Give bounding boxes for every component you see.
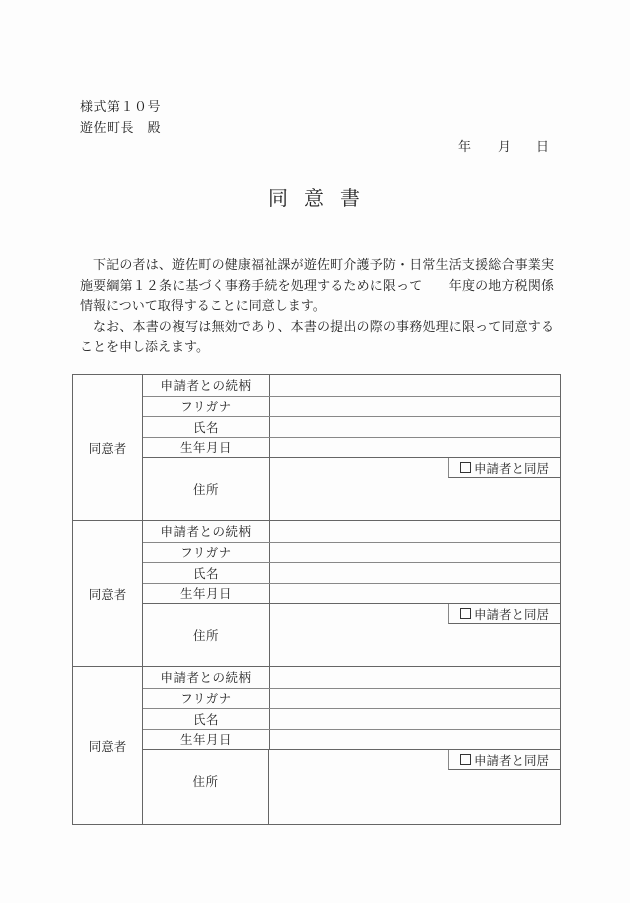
consent-paragraph-2: なお、本書の複写は無効であり、本書の提出の際の事務処理に限って同意することを申し… <box>80 318 554 359</box>
address-label: 住所 <box>143 750 269 824</box>
name-label: 氏名 <box>143 417 270 437</box>
furigana-row: フリガナ <box>143 396 560 417</box>
birthdate-field[interactable] <box>270 584 560 604</box>
relationship-row: 申請者との続柄 <box>143 375 560 396</box>
address-row: 住所 申請者と同居 <box>143 749 560 824</box>
furigana-label: フリガナ <box>143 543 270 563</box>
address-field[interactable]: 申請者と同居 <box>269 750 560 824</box>
day-label: 日 <box>536 136 549 155</box>
name-row: 氏名 <box>143 708 560 729</box>
name-field[interactable] <box>270 563 560 583</box>
furigana-label: フリガナ <box>143 397 270 417</box>
birthdate-field[interactable] <box>270 730 560 750</box>
cohabit-label: 申請者と同居 <box>474 459 549 477</box>
cohabit-checkbox[interactable]: 申請者と同居 <box>448 458 560 478</box>
address-label: 住所 <box>143 604 270 666</box>
consenter-block: 同意者 申請者との続柄 フリガナ 氏名 生年月日 住所 <box>73 375 560 520</box>
consenter-label: 同意者 <box>73 667 143 824</box>
name-field[interactable] <box>270 417 560 437</box>
relationship-row: 申請者との続柄 <box>143 521 560 542</box>
relationship-label: 申請者との続柄 <box>143 521 270 542</box>
relationship-label: 申請者との続柄 <box>143 375 270 396</box>
address-row: 住所 申請者と同居 <box>143 457 560 520</box>
furigana-row: フリガナ <box>143 688 560 709</box>
relationship-field[interactable] <box>270 375 560 396</box>
birthdate-row: 生年月日 <box>143 583 560 604</box>
birthdate-row: 生年月日 <box>143 437 560 458</box>
birthdate-field[interactable] <box>270 438 560 458</box>
addressee: 遊佐町長 殿 <box>80 117 161 136</box>
furigana-row: フリガナ <box>143 542 560 563</box>
consenter-block: 同意者 申請者との続柄 フリガナ 氏名 生年月日 住所 <box>73 666 560 824</box>
relationship-row: 申請者との続柄 <box>143 667 560 688</box>
name-row: 氏名 <box>143 562 560 583</box>
relationship-field[interactable] <box>270 521 560 542</box>
relationship-field[interactable] <box>270 667 560 688</box>
cohabit-checkbox[interactable]: 申請者と同居 <box>448 604 560 624</box>
checkbox-icon[interactable] <box>460 462 471 473</box>
address-field[interactable]: 申請者と同居 <box>270 604 560 666</box>
name-field[interactable] <box>270 709 560 729</box>
consent-body: 下記の者は、遊佐町の健康福祉課が遊佐町介護予防・日常生活支援総合事業実施要綱第１… <box>80 256 554 359</box>
relationship-label: 申請者との続柄 <box>143 667 270 688</box>
date-line: 年 月 日 <box>458 136 549 155</box>
name-row: 氏名 <box>143 416 560 437</box>
cohabit-label: 申請者と同居 <box>474 605 549 623</box>
consenter-label: 同意者 <box>73 375 143 520</box>
birthdate-label: 生年月日 <box>143 730 270 750</box>
cohabit-checkbox[interactable]: 申請者と同居 <box>448 750 560 770</box>
address-field[interactable]: 申請者と同居 <box>270 458 560 520</box>
furigana-field[interactable] <box>270 689 560 709</box>
furigana-field[interactable] <box>270 397 560 417</box>
checkbox-icon[interactable] <box>460 754 471 765</box>
checkbox-icon[interactable] <box>460 608 471 619</box>
birthdate-label: 生年月日 <box>143 438 270 458</box>
name-label: 氏名 <box>143 563 270 583</box>
consent-paragraph-1: 下記の者は、遊佐町の健康福祉課が遊佐町介護予防・日常生活支援総合事業実施要綱第１… <box>80 256 554 318</box>
furigana-field[interactable] <box>270 543 560 563</box>
birthdate-row: 生年月日 <box>143 729 560 750</box>
month-label: 月 <box>498 136 536 155</box>
document-title: 同意書 <box>0 182 630 211</box>
consenter-table: 同意者 申請者との続柄 フリガナ 氏名 生年月日 住所 <box>72 374 561 825</box>
year-label: 年 <box>458 136 498 155</box>
birthdate-label: 生年月日 <box>143 584 270 604</box>
address-label: 住所 <box>143 458 270 520</box>
furigana-label: フリガナ <box>143 689 270 709</box>
consenter-block: 同意者 申請者との続柄 フリガナ 氏名 生年月日 住所 <box>73 520 560 666</box>
cohabit-label: 申請者と同居 <box>474 751 549 769</box>
consenter-label: 同意者 <box>73 521 143 666</box>
name-label: 氏名 <box>143 709 270 729</box>
address-row: 住所 申請者と同居 <box>143 603 560 666</box>
form-number: 様式第１０号 <box>80 96 161 115</box>
